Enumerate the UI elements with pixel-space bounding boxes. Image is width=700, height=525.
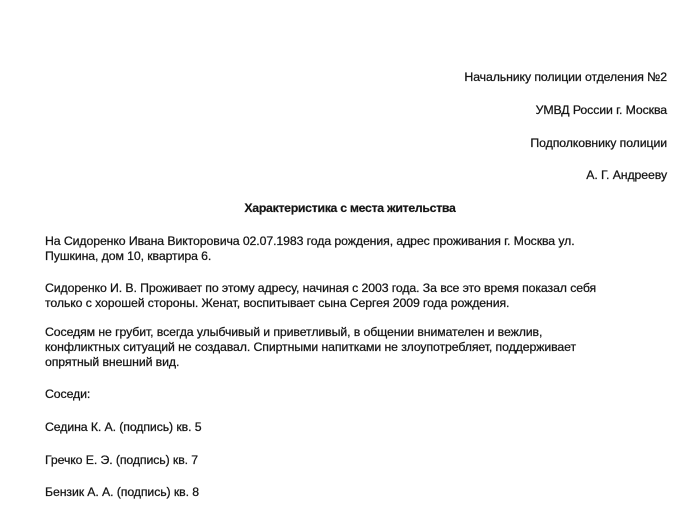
paragraph-2-line-2: только с хорошей стороны. Женат, воспиты…	[45, 296, 685, 311]
addressee-line-3: Подполковнику полиции	[530, 136, 667, 150]
paragraph-3-line-3: опрятный внешний вид.	[45, 355, 685, 370]
document-title: Характеристика с места жительства	[0, 201, 700, 215]
paragraph-1-line-1: На Сидоренко Ивана Викторовича 02.07.198…	[45, 234, 685, 249]
paragraph-2-line-1: Сидоренко И. В. Проживает по этому адрес…	[45, 281, 685, 296]
paragraph-3-line-1: Соседям не грубит, всегда улыбчивый и пр…	[45, 325, 685, 340]
document-page: Начальнику полиции отделения №2 УМВД Рос…	[0, 0, 700, 525]
paragraph-3-line-2: конфликтных ситуаций не создавал. Спиртн…	[45, 340, 685, 355]
addressee-line-4: А. Г. Андрееву	[586, 168, 667, 182]
neighbor-signature-1: Седина К. А. (подпись) кв. 5	[45, 420, 685, 435]
neighbors-label: Соседи:	[45, 387, 685, 402]
paragraph-3: Соседям не грубит, всегда улыбчивый и пр…	[45, 325, 685, 370]
paragraph-1-line-2: Пушкина, дом 10, квартира 6.	[45, 249, 685, 264]
paragraph-2: Сидоренко И. В. Проживает по этому адрес…	[45, 281, 685, 311]
addressee-line-2: УМВД России г. Москва	[536, 103, 667, 117]
addressee-line-1: Начальнику полиции отделения №2	[464, 70, 667, 84]
neighbor-signature-2: Гречко Е. Э. (подпись) кв. 7	[45, 453, 685, 468]
neighbor-signature-3: Бензик А. А. (подпись) кв. 8	[45, 485, 685, 500]
paragraph-1: На Сидоренко Ивана Викторовича 02.07.198…	[45, 234, 685, 264]
